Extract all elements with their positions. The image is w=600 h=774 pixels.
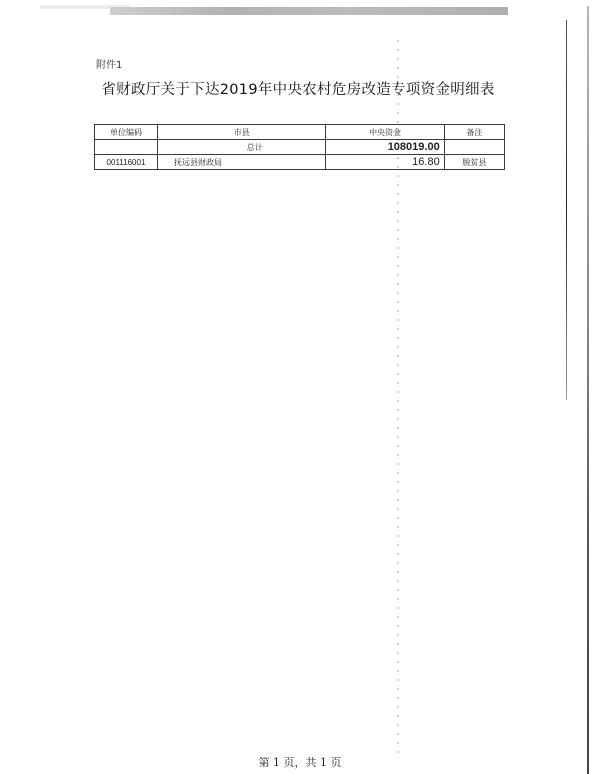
scan-artifact-top-bar (110, 7, 508, 15)
document-title-text: 省财政厅关于下达2019年中央农村危房改造专项资金明细表 (101, 78, 494, 99)
header-central-fund: 中央资金 (326, 125, 444, 140)
table-header-row: 单位编码 市县 中央资金 备注 (95, 125, 505, 140)
scan-artifact-edge-line (566, 20, 567, 400)
attachment-label: 附件1 (96, 56, 122, 71)
total-fund-value: 108019.00 (326, 140, 444, 155)
header-city-county: 市县 (157, 125, 326, 140)
total-note (444, 140, 504, 155)
document-title: 省财政厅关于下达2019年中央农村危房改造专项资金明细表 (0, 78, 600, 99)
row-note: 脱贫县 (444, 155, 504, 170)
row-unit-code: 001116001 (95, 155, 158, 170)
header-note: 备注 (444, 125, 504, 140)
header-unit-code: 单位编码 (95, 125, 158, 140)
row-city-county: 抚远县财政局 (157, 155, 326, 170)
total-code (95, 140, 158, 155)
page-number-footer: 第 1 页，共 1 页 (0, 754, 600, 770)
fund-detail-table: 单位编码 市县 中央资金 备注 总计 108019.00 001116001 抚… (94, 124, 505, 170)
total-label: 总计 (157, 140, 326, 155)
table-row: 001116001 抚远县财政局 16.80 脱贫县 (95, 155, 505, 170)
scan-artifact-page-edge (587, 6, 589, 774)
table-total-row: 总计 108019.00 (95, 140, 505, 155)
row-central-fund: 16.80 (326, 155, 444, 170)
